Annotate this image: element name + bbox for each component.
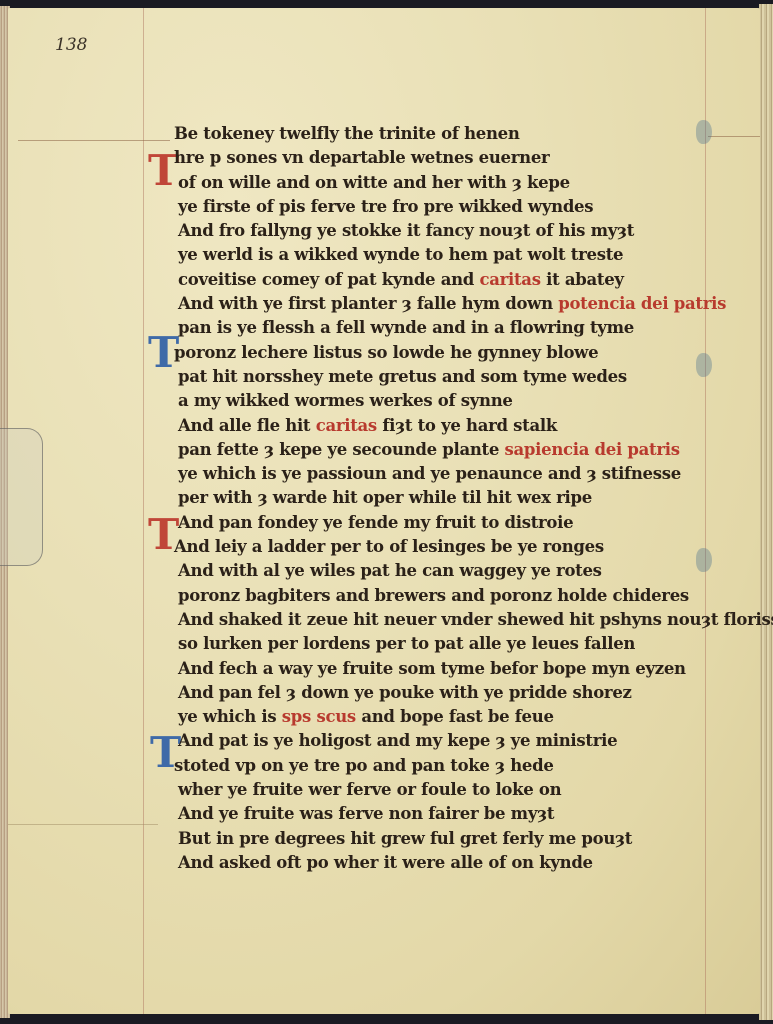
text-line: And alle fle hit caritas fiȝt to ye hard… xyxy=(160,414,770,438)
text-line: poronz bagbiters and brewers and poronz … xyxy=(160,584,770,608)
rubric-text: caritas xyxy=(316,416,377,435)
text-line: And asked oft po wher it were alle of on… xyxy=(160,851,770,875)
text-line: pan is ye flessh a fell wynde and in a f… xyxy=(160,316,770,340)
text-line: hre p sones vn departable wetnes euerner xyxy=(160,146,770,170)
manuscript-text-block: Be tokeney twelfly the trinite of henenh… xyxy=(160,122,770,875)
text-segment: it abatey xyxy=(541,270,624,289)
text-segment: pan fette ȝ kepe ye secounde plante xyxy=(178,440,505,459)
text-line: stoted vp on ye tre po and pan toke ȝ he… xyxy=(160,754,770,778)
text-line: coveitise comey of pat kynde and caritas… xyxy=(160,268,770,292)
text-segment: coveitise comey of pat kynde and xyxy=(178,270,479,289)
text-line: And ye fruite was ferve non fairer be my… xyxy=(160,802,770,826)
text-segment: And fech a way ye fruite som tyme befor … xyxy=(178,659,686,678)
text-segment: fiȝt to ye hard stalk xyxy=(377,416,557,435)
text-line: And fech a way ye fruite som tyme befor … xyxy=(160,657,770,681)
text-line: pat hit norsshey mete gretus and som tym… xyxy=(160,365,770,389)
ruling-line-bottom xyxy=(8,824,158,825)
text-segment: per with ȝ warde hit oper while til hit … xyxy=(178,488,592,507)
text-segment: so lurken per lordens per to pat alle ye… xyxy=(178,634,635,653)
text-segment: a my wikked wormes werkes of synne xyxy=(178,391,513,410)
text-line: wher ye fruite wer ferve or foule to lok… xyxy=(160,778,770,802)
text-segment: And pan fondey ye fende my fruit to dist… xyxy=(178,513,573,532)
text-line: And with al ye wiles pat he can waggey y… xyxy=(160,559,770,583)
text-line: ye werld is a wikked wynde to hem pat wo… xyxy=(160,243,770,267)
text-segment: ye firste of pis ferve tre fro pre wikke… xyxy=(178,197,593,216)
text-line: And with ye first planter ȝ falle hym do… xyxy=(160,292,770,316)
text-line: And shaked it zeue hit neuer vnder shewe… xyxy=(160,608,770,632)
text-line: ye which is sps scus and bope fast be fe… xyxy=(160,705,770,729)
text-line: ye which is ye passioun and ye penaunce … xyxy=(160,462,770,486)
text-line: pan fette ȝ kepe ye secounde plante sapi… xyxy=(160,438,770,462)
text-segment: stoted vp on ye tre po and pan toke ȝ he… xyxy=(174,756,554,775)
text-line: And leiy a ladder per to of lesinges be … xyxy=(160,535,770,559)
text-segment: of on wille and on witte and her with ȝ … xyxy=(178,173,570,192)
text-line: so lurken per lordens per to pat alle ye… xyxy=(160,632,770,656)
text-segment: And alle fle hit xyxy=(178,416,316,435)
text-segment: And shaked it zeue hit neuer vnder shewe… xyxy=(178,610,773,629)
rubric-text: potencia dei patris xyxy=(558,294,726,313)
text-segment: And ye fruite was ferve non fairer be my… xyxy=(178,804,554,823)
text-segment: ye which is xyxy=(178,707,282,726)
text-segment: Be tokeney twelfly the trinite of henen xyxy=(174,124,520,143)
text-segment: But in pre degrees hit grew ful gret fer… xyxy=(178,829,632,848)
text-segment: and bope fast be feue xyxy=(356,707,554,726)
text-segment: And fro fallyng ye stokke it fancy nouȝt… xyxy=(178,221,634,240)
rubric-text: caritas xyxy=(479,270,540,289)
text-segment: And asked oft po wher it were alle of on… xyxy=(178,853,593,872)
text-line: a my wikked wormes werkes of synne xyxy=(160,389,770,413)
text-segment: ye which is ye passioun and ye penaunce … xyxy=(178,464,681,483)
rubric-text: sapiencia dei patris xyxy=(505,440,680,459)
text-segment: wher ye fruite wer ferve or foule to lok… xyxy=(178,780,561,799)
text-line: ye firste of pis ferve tre fro pre wikke… xyxy=(160,195,770,219)
rubric-text: sps scus xyxy=(282,707,356,726)
page-clip xyxy=(0,428,43,566)
text-line: And fro fallyng ye stokke it fancy nouȝt… xyxy=(160,219,770,243)
text-segment: pat hit norsshey mete gretus and som tym… xyxy=(178,367,627,386)
text-segment: And with al ye wiles pat he can waggey y… xyxy=(178,561,602,580)
ruling-line-top xyxy=(18,140,170,141)
text-segment: And pat is ye holigost and my kepe ȝ ye … xyxy=(178,731,617,750)
text-segment: And pan fel ȝ down ye pouke with ye prid… xyxy=(178,683,632,702)
folio-number: 138 xyxy=(55,35,87,55)
text-segment: And with ye first planter ȝ falle hym do… xyxy=(178,294,558,313)
text-line: And pan fondey ye fende my fruit to dist… xyxy=(160,511,770,535)
text-segment: hre p sones vn departable wetnes euerner xyxy=(174,148,549,167)
text-line: But in pre degrees hit grew ful gret fer… xyxy=(160,827,770,851)
text-line: per with ȝ warde hit oper while til hit … xyxy=(160,486,770,510)
text-segment: pan is ye flessh a fell wynde and in a f… xyxy=(178,318,634,337)
text-line: poronz lechere listus so lowde he gynney… xyxy=(160,341,770,365)
text-segment: ye werld is a wikked wynde to hem pat wo… xyxy=(178,245,623,264)
text-line: And pat is ye holigost and my kepe ȝ ye … xyxy=(160,729,770,753)
text-line: Be tokeney twelfly the trinite of henen xyxy=(160,122,770,146)
text-segment: And leiy a ladder per to of lesinges be … xyxy=(174,537,604,556)
text-segment: poronz lechere listus so lowde he gynney… xyxy=(174,343,598,362)
text-line: of on wille and on witte and her with ȝ … xyxy=(160,171,770,195)
text-segment: poronz bagbiters and brewers and poronz … xyxy=(178,586,689,605)
ruling-line-left xyxy=(143,8,144,1014)
text-line: And pan fel ȝ down ye pouke with ye prid… xyxy=(160,681,770,705)
